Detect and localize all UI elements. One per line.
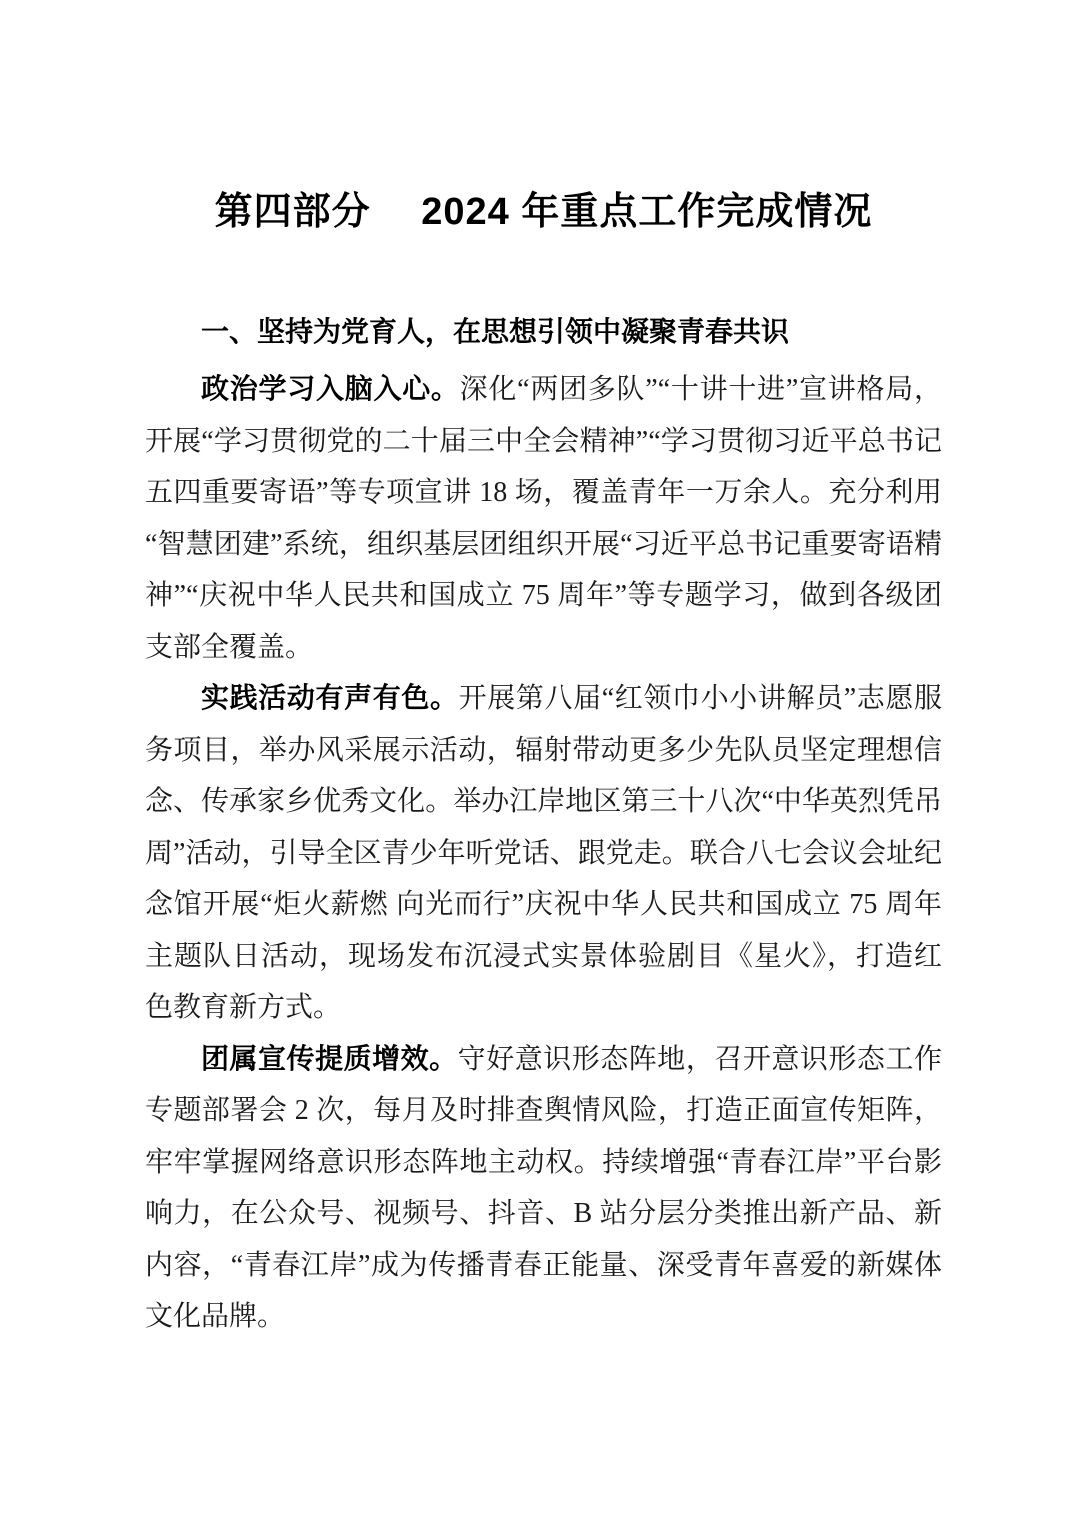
section-heading: 一、坚持为党育人，在思想引领中凝聚青春共识: [145, 306, 942, 357]
document-page: 第四部分 2024 年重点工作完成情况 一、坚持为党育人，在思想引领中凝聚青春共…: [0, 0, 1074, 1520]
document-content: 第四部分 2024 年重点工作完成情况 一、坚持为党育人，在思想引领中凝聚青春共…: [145, 184, 942, 1343]
paragraph-lead: 政治学习入脑入心。: [201, 374, 460, 405]
paragraph-political-study: 政治学习入脑入心。深化“两团多队”“十讲十进”宣讲格局，开展“学习贯彻党的二十届…: [145, 364, 942, 673]
paragraph-league-publicity: 团属宣传提质增效。守好意识形态阵地，召开意识形态工作专题部署会 2 次，每月及时…: [145, 1034, 942, 1343]
paragraph-lead: 实践活动有声有色。: [201, 683, 459, 714]
paragraph-body: 深化“两团多队”“十讲十进”宣讲格局，开展“学习贯彻党的二十届三中全会精神”“学…: [145, 374, 942, 663]
paragraph-practice-activities: 实践活动有声有色。开展第八届“红领巾小小讲解员”志愿服务项目，举办风采展示活动，…: [145, 673, 942, 1034]
paragraph-lead: 团属宣传提质增效。: [201, 1044, 458, 1075]
document-title: 第四部分 2024 年重点工作完成情况: [145, 184, 942, 240]
paragraph-body: 守好意识形态阵地，召开意识形态工作专题部署会 2 次，每月及时排查舆情风险，打造…: [145, 1044, 942, 1333]
paragraph-body: 开展第八届“红领巾小小讲解员”志愿服务项目，举办风采展示活动，辐射带动更多少先队…: [145, 683, 942, 1023]
